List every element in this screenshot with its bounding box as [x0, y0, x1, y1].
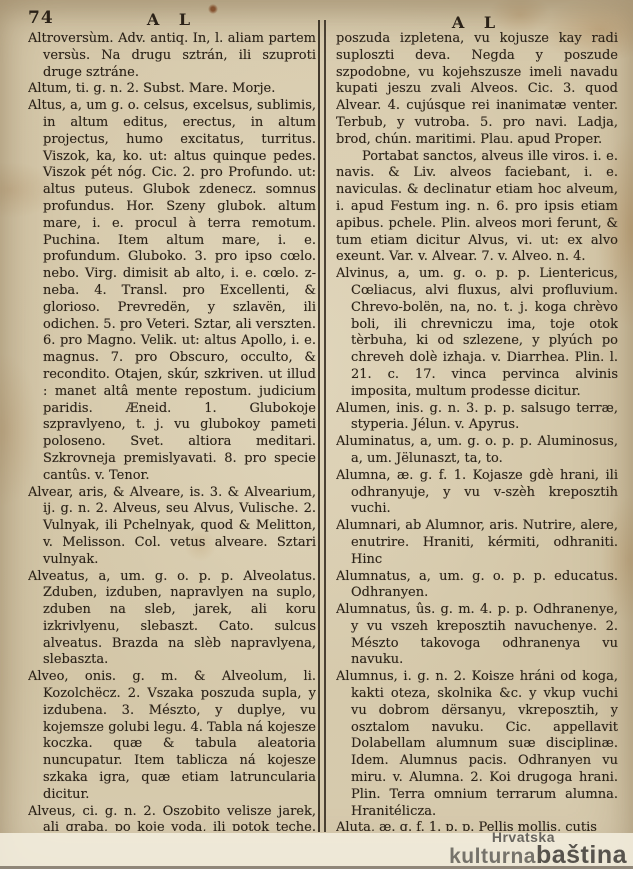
watermark-line2-regular: kulturna — [449, 845, 536, 868]
dictionary-paragraph: Alveo, onis. g. m. & Alveolum, li. Kozol… — [28, 669, 316, 803]
watermark-line2-bold: baština — [536, 841, 627, 869]
scanned-dictionary-page: 74 A L A L Altroversùm. Adv. antiq. In, … — [0, 0, 633, 869]
dictionary-paragraph: Altum, ti. g. n. 2. Subst. Mare. Morje. — [28, 81, 316, 98]
column-divider-rule — [318, 20, 326, 832]
running-head-right: A L — [336, 13, 618, 32]
dictionary-paragraph: Alumnari, ab Alumnor, aris. Nutrire, ale… — [336, 518, 618, 568]
running-head-left: A L — [28, 10, 316, 29]
dictionary-paragraph: Alveatus, a, um. g. o. p. p. Alveolatus.… — [28, 569, 316, 670]
dictionary-paragraph: Portabat sanctos, alveus ille viros. i. … — [336, 149, 618, 267]
watermark-line2: kulturnabaština — [449, 843, 627, 868]
dictionary-paragraph: Aluminatus, a, um. g. o. p. p. Aluminosu… — [336, 434, 618, 468]
dictionary-paragraph: Alumen, inis. g. n. 3. p. p. salsugo ter… — [336, 401, 618, 435]
dictionary-paragraph: Alumna, æ. g. f. 1. Kojasze gdè hrani, i… — [336, 468, 618, 518]
dictionary-paragraph: Alveus, ci. g. n. 2. Oszobito velisze ja… — [28, 804, 316, 831]
dictionary-paragraph: poszuda izpletena, vu kojusze kay radi s… — [336, 31, 618, 149]
dictionary-paragraph: Alumnatus, ûs. g. m. 4. p. p. Odhranenye… — [336, 602, 618, 669]
heritage-watermark: Hrvatska kulturnabaština — [449, 830, 627, 868]
dictionary-paragraph: Alumnatus, a, um. g. o. p. p. educatus. … — [336, 569, 618, 603]
right-text-column: poszuda izpletena, vu kojusze kay radi s… — [336, 31, 618, 831]
dictionary-paragraph: Altroversùm. Adv. antiq. In, l. aliam pa… — [28, 31, 316, 81]
left-text-column: Altroversùm. Adv. antiq. In, l. aliam pa… — [28, 31, 316, 831]
dictionary-paragraph: Alvinus, a, um. g. o. p. p. Lientericus,… — [336, 266, 618, 400]
dictionary-paragraph: Alumnus, i. g. n. 2. Koisze hráni od kog… — [336, 669, 618, 820]
dictionary-paragraph: Alvear, aris, & Alveare, is. 3. & Alvear… — [28, 485, 316, 569]
dictionary-paragraph: Altus, a, um g. o. celsus, excelsus, sub… — [28, 98, 316, 484]
